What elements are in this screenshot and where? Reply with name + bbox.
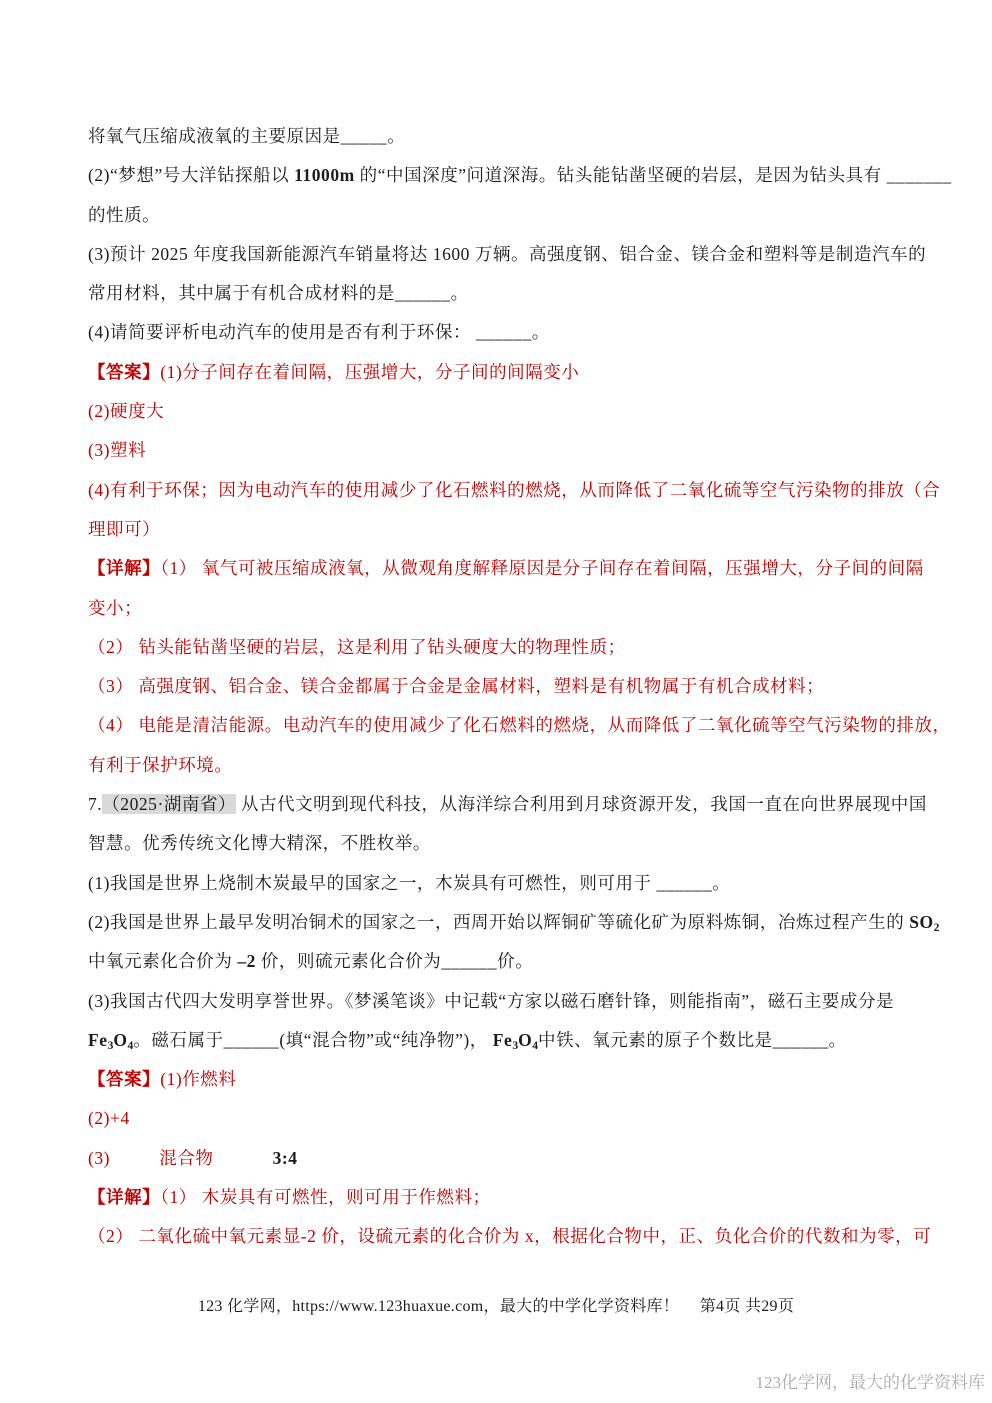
text-line: 将氧气压缩成液氧的主要原因是_____。 [88,117,910,156]
text-segment: 。磁石属于______(填“混合物”或“纯净物”)， [133,1030,492,1050]
text-line: （4） 电能是清洁能源。电动汽车的使用减少了化石燃料的燃烧，从而降低了二氧化硫等… [88,706,910,745]
source-tag-highlight: （2025·湖南省） [102,794,236,814]
text-segment: （4） 电能是清洁能源。电动汽车的使用减少了化石燃料的燃烧，从而降低了二氧化硫等… [88,715,951,735]
watermark: 123化学网，最大的化学资料库 [756,1369,986,1397]
text-segment: (4)有利于环保；因为电动汽车的使用减少了化石燃料的燃烧，从而降低了二氧化硫等空… [88,480,940,500]
text-segment: 的“中国深度”问道深海。钻头能钻凿坚硬的岩层，是因为钻头具有 _______ [355,165,952,185]
text-segment: (3) [88,1148,110,1168]
text-segment: 【详解】 [88,1187,160,1207]
text-segment: 中铁、氧元素的原子个数比是______。 [538,1030,847,1050]
text-line: 【详解】（1） 氧气可被压缩成液氧，从微观角度解释原因是分子间存在着间隔，压强增… [88,549,910,588]
text-segment: 11000m [294,165,355,185]
page-footer: 123 化学网，https://www.123huaxue.com，最大的中学化… [0,1293,992,1321]
text-line: (2)我国是世界上最早发明冶铜术的国家之一，西周开始以辉铜矿等硫化矿为原料炼铜，… [88,903,910,942]
text-line: 有利于保护环境。 [88,746,910,785]
text-segment: (3)我国古代四大发明享誉世界。《梦溪笔谈》中记载“方家以磁石磨针锋，则能指南”… [88,991,894,1011]
text-segment: Fe [88,1030,108,1050]
text-segment: (3)塑料 [88,440,146,460]
text-segment: 混合物 [110,1148,213,1168]
text-line: (3) 混合物 3:4 [88,1139,910,1178]
text-segment: 2 [934,922,940,934]
text-segment: 变小； [88,598,142,618]
text-segment: (1)分子间存在着间隔，压强增大，分子间的间隔变小 [160,362,579,382]
text-segment: (1)作燃料 [160,1069,236,1089]
text-line: (3)预计 2025 年度我国新能源汽车销量将达 1600 万辆。高强度钢、铝合… [88,235,910,274]
text-segment [213,1148,272,1168]
text-line: （2） 钻头能钻凿坚硬的岩层，这是利用了钻头硬度大的物理性质； [88,628,910,667]
text-line: Fe3O4。磁石属于______(填“混合物”或“纯净物”)， Fe3O4中铁、… [88,1021,910,1060]
text-line: (4)请简要评析电动汽车的使用是否有利于环保： ______。 [88,313,910,352]
text-line: 理即可） [88,510,910,549]
text-segment: 的性质。 [88,205,160,225]
text-segment: （1） 氧气可被压缩成液氧，从微观角度解释原因是分子间存在着间隔，压强增大，分子… [160,558,924,578]
text-line: (2)“梦想”号大洋钻探船以 11000m 的“中国深度”问道深海。钻头能钻凿坚… [88,156,910,195]
text-segment: (3)预计 2025 年度我国新能源汽车销量将达 1600 万辆。高强度钢、铝合… [88,244,926,264]
text-line: 变小； [88,589,910,628]
text-line: 【答案】(1)作燃料 [88,1060,910,1099]
text-line: (4)有利于环保；因为电动汽车的使用减少了化石燃料的燃烧，从而降低了二氧化硫等空… [88,471,910,510]
text-line: 常用材料，其中属于有机合成材料的是______。 [88,274,910,313]
text-line: 的性质。 [88,196,910,235]
text-segment: SO [909,912,933,932]
text-segment: 常用材料，其中属于有机合成材料的是______。 [88,283,469,303]
text-segment: 智慧。优秀传统文化博大精深，不胜枚举。 [88,833,431,853]
text-segment: O [518,1030,532,1050]
text-line: 【答案】(1)分子间存在着间隔，压强增大，分子间的间隔变小 [88,353,910,392]
text-segment: 3:4 [273,1148,298,1168]
text-line: (2)+4 [88,1099,910,1138]
text-segment: (4)请简要评析电动汽车的使用是否有利于环保： ______。 [88,322,550,342]
text-line: 7.（2025·湖南省） 从古代文明到现代科技，从海洋综合利用到月球资源开发，我… [88,785,910,824]
text-segment: （2） 二氧化硫中氧元素显-2 价，设硫元素的化合价为 x，根据化合物中，正、负… [88,1226,931,1246]
text-segment: 将氧气压缩成液氧的主要原因是_____。 [88,126,405,146]
text-line: 智慧。优秀传统文化博大精深，不胜枚举。 [88,824,910,863]
text-segment: 【答案】 [88,362,160,382]
text-line: (3)我国古代四大发明享誉世界。《梦溪笔谈》中记载“方家以磁石磨针锋，则能指南”… [88,982,910,1021]
text-line: (3)塑料 [88,431,910,470]
text-line: （3） 高强度钢、铝合金、镁合金都属于合金是金属材料，塑料是有机物属于有机合成材… [88,667,910,706]
text-line: 【详解】（1） 木炭具有可燃性，则可用于作燃料； [88,1178,910,1217]
document-body: 将氧气压缩成液氧的主要原因是_____。(2)“梦想”号大洋钻探船以 11000… [88,117,910,1257]
text-segment: 中氧元素化合价为 [88,951,237,971]
text-segment: O [113,1030,127,1050]
text-segment: 【答案】 [88,1069,160,1089]
text-line: 中氧元素化合价为 –2 价，则硫元素化合价为______价。 [88,942,910,981]
text-segment: （1） 木炭具有可燃性，则可用于作燃料； [160,1187,490,1207]
text-segment: 7. [88,794,102,814]
text-segment: 有利于保护环境。 [88,755,232,775]
text-segment: (2)我国是世界上最早发明冶铜术的国家之一，西周开始以辉铜矿等硫化矿为原料炼铜，… [88,912,909,932]
text-segment: (2)+4 [88,1108,130,1128]
text-segment: 【详解】 [88,558,160,578]
document-page: 将氧气压缩成液氧的主要原因是_____。(2)“梦想”号大洋钻探船以 11000… [0,0,992,1403]
text-line: (1)我国是世界上烧制木炭最早的国家之一，木炭具有可燃性，则可用于 ______… [88,864,910,903]
text-line: (2)硬度大 [88,392,910,431]
text-segment: (2)“梦想”号大洋钻探船以 [88,165,294,185]
text-segment: (2)硬度大 [88,401,164,421]
text-segment: 理即可） [88,519,160,539]
text-segment: (1)我国是世界上烧制木炭最早的国家之一，木炭具有可燃性，则可用于 ______… [88,873,730,893]
text-segment: 从古代文明到现代科技，从海洋综合利用到月球资源开发，我国一直在向世界展现中国 [236,794,927,814]
text-segment: （3） 高强度钢、铝合金、镁合金都属于合金是金属材料，塑料是有机物属于有机合成材… [88,676,824,696]
text-line: （2） 二氧化硫中氧元素显-2 价，设硫元素的化合价为 x，根据化合物中，正、负… [88,1217,910,1256]
text-segment: （2） 钻头能钻凿坚硬的岩层，这是利用了钻头硬度大的物理性质； [88,637,626,657]
text-segment: –2 [237,951,256,971]
text-segment: 价，则硫元素化合价为______价。 [256,951,533,971]
text-segment: Fe [493,1030,513,1050]
